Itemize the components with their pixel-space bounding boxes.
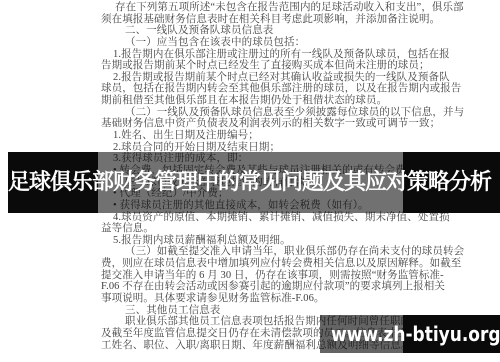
doc-line: 期前租借至其他俱乐部且在本报告期仍处于租借状态的球员。 <box>101 95 471 107</box>
title-banner: 足球俱乐部财务管理中的常见问题及其应对策略分析 <box>0 152 500 213</box>
doc-line: 基础财务信息中资产负债表及利润表列示的相关数字一致或可调节一致； <box>101 118 471 130</box>
doc-line: 1.报告期内在俱乐部注册或注册过的所有一线队及预备队球员，包括在报 <box>113 49 471 61</box>
doc-line: 告期或报告期前某个时点已经发生了直接购买成本但尚未注册的球员； <box>101 60 471 72</box>
doc-line: 4.球员资产的原值、本期摊销、累计摊销、减值损失、期末净值、处置损 <box>113 212 471 224</box>
screenshot-root: 存在下列第五项所述“未包含在报告范围内的足球活动收入和支出”，俱乐部须在填报基础… <box>0 0 500 362</box>
banner-title-wrap: 足球俱乐部财务管理中的常见问题及其应对策略分析 <box>8 152 500 213</box>
doc-line: 须在填报基础财务信息表时在相关科目考虑此项影响，并添加备注说明。 <box>101 14 471 26</box>
doc-line: 费，则应在球员信息表中增加填列应付转会费相关信息以及原因解释。如截至 <box>101 258 471 270</box>
watermark: www.zh-btiyu.org <box>320 315 500 353</box>
doc-line: （三）如截至提交准入申请当年，职业俱乐部仍存在尚未支付的球员转会 <box>125 246 471 258</box>
doc-line: （二）一线队及预备队球员信息表至少须披露每位球员的以下信息，并与 <box>125 107 471 119</box>
watermark-url: www.zh-btiyu.org <box>331 324 500 344</box>
doc-line: 益等信息。 <box>101 223 471 235</box>
doc-line: 2.报告期或报告期前某个时点已经对其确认收益或损失的一线队及预备队 <box>113 72 471 84</box>
page-title: 足球俱乐部财务管理中的常见问题及其应对策略分析 <box>8 172 491 194</box>
watermark-text-wrap: www.zh-btiyu.org <box>331 315 500 353</box>
doc-line: 存在下列第五项所述“未包含在报告范围内的足球活动收入和支出”，俱乐部 <box>115 2 471 14</box>
doc-line: F.06 不存在由转会活动或因参赛引起的逾期应付款项”的要求填列上报相关 <box>101 281 471 293</box>
doc-line: 提交准入申请当年的 6 月 30 日，仍存在该事项，则需按照“财务监管标准- <box>101 270 471 282</box>
doc-line: 5.报告期内球员薪酬福利总额及明细。 <box>113 235 471 247</box>
doc-line: 二、一线队及预备队球员信息表 <box>125 25 471 37</box>
doc-line: （一）应当包含在该表中的球员包括： <box>125 37 471 49</box>
doc-line: 球员，包括在报告期内转会至其他俱乐部注册的球员，以及在报告期内或报告 <box>101 83 471 95</box>
doc-line: 1.姓名、出生日期及注册编号； <box>113 130 471 142</box>
doc-line: 事项说明。具体要求请参见财务监管标准-F.06。 <box>101 293 471 305</box>
